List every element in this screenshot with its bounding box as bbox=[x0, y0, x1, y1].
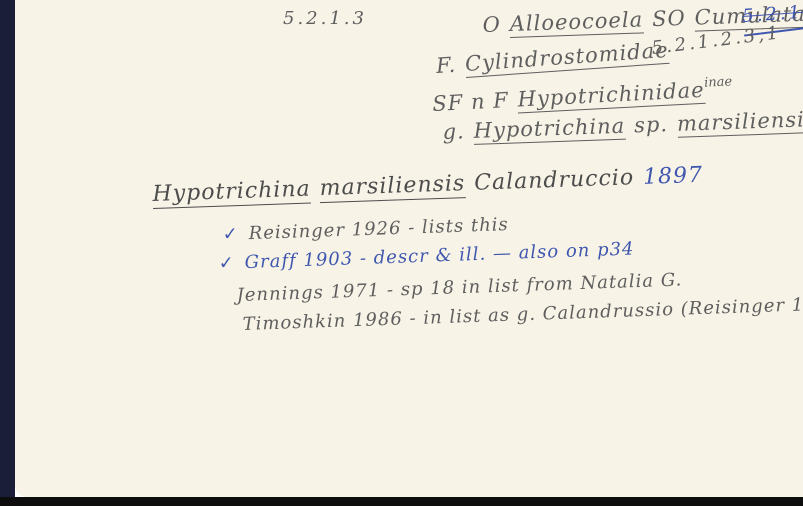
subfamily-suffix-correction: inae bbox=[704, 74, 733, 90]
subfamily-name: Hypotrichinidae bbox=[517, 78, 705, 114]
heading-author: Calandruccio bbox=[474, 165, 635, 196]
classification-family-line: F.Cylindrostomidae bbox=[435, 38, 669, 78]
genus-rank-prefix: g. bbox=[442, 119, 465, 144]
subfamily-rank-prefix: SF n F bbox=[432, 88, 510, 116]
heading-genus: Hypotrichina bbox=[152, 176, 311, 209]
card-bottom-edge-backing bbox=[0, 497, 803, 506]
classification-subfamily-line: SF n FHypotrichinidaeinae bbox=[432, 74, 733, 116]
species-rank-prefix: sp. bbox=[634, 112, 669, 137]
note-text: Reisinger 1926 - lists this bbox=[248, 214, 509, 244]
order-name: Alloeocoela bbox=[509, 7, 643, 38]
note-graff-1903: ✓Graff 1903 - descr & ill. — also on p34 bbox=[218, 238, 635, 274]
index-card: 5.2.1.3 OAlloeocoelaSOCumulata 5.2.1.3.1… bbox=[15, 0, 803, 497]
family-name: Cylindrostomidae bbox=[464, 38, 669, 78]
heading-year: 1897 bbox=[643, 163, 704, 190]
species-name: marsiliensis bbox=[677, 107, 803, 138]
checkmark-icon: ✓ bbox=[222, 223, 239, 245]
family-rank-prefix: F. bbox=[435, 53, 457, 78]
suborder-rank-prefix: SO bbox=[652, 6, 686, 31]
heading-species: marsiliensis bbox=[319, 171, 466, 203]
genus-name: Hypotrichina bbox=[473, 114, 625, 145]
card-left-edge-backing bbox=[0, 0, 15, 498]
checkmark-icon: ✓ bbox=[218, 252, 235, 274]
note-text: Graff 1903 - descr & ill. — also on p34 bbox=[244, 238, 634, 273]
index-card-scan: 5.2.1.3 OAlloeocoelaSOCumulata 5.2.1.3.1… bbox=[0, 0, 803, 506]
order-rank-prefix: O bbox=[482, 12, 501, 37]
catalog-code-top-left: 5.2.1.3 bbox=[283, 8, 367, 29]
card-heading-species-author: HypotrichinamarsiliensisCalandruccio1897 bbox=[152, 163, 703, 207]
note-reisinger-1926: ✓Reisinger 1926 - lists this bbox=[222, 214, 509, 245]
